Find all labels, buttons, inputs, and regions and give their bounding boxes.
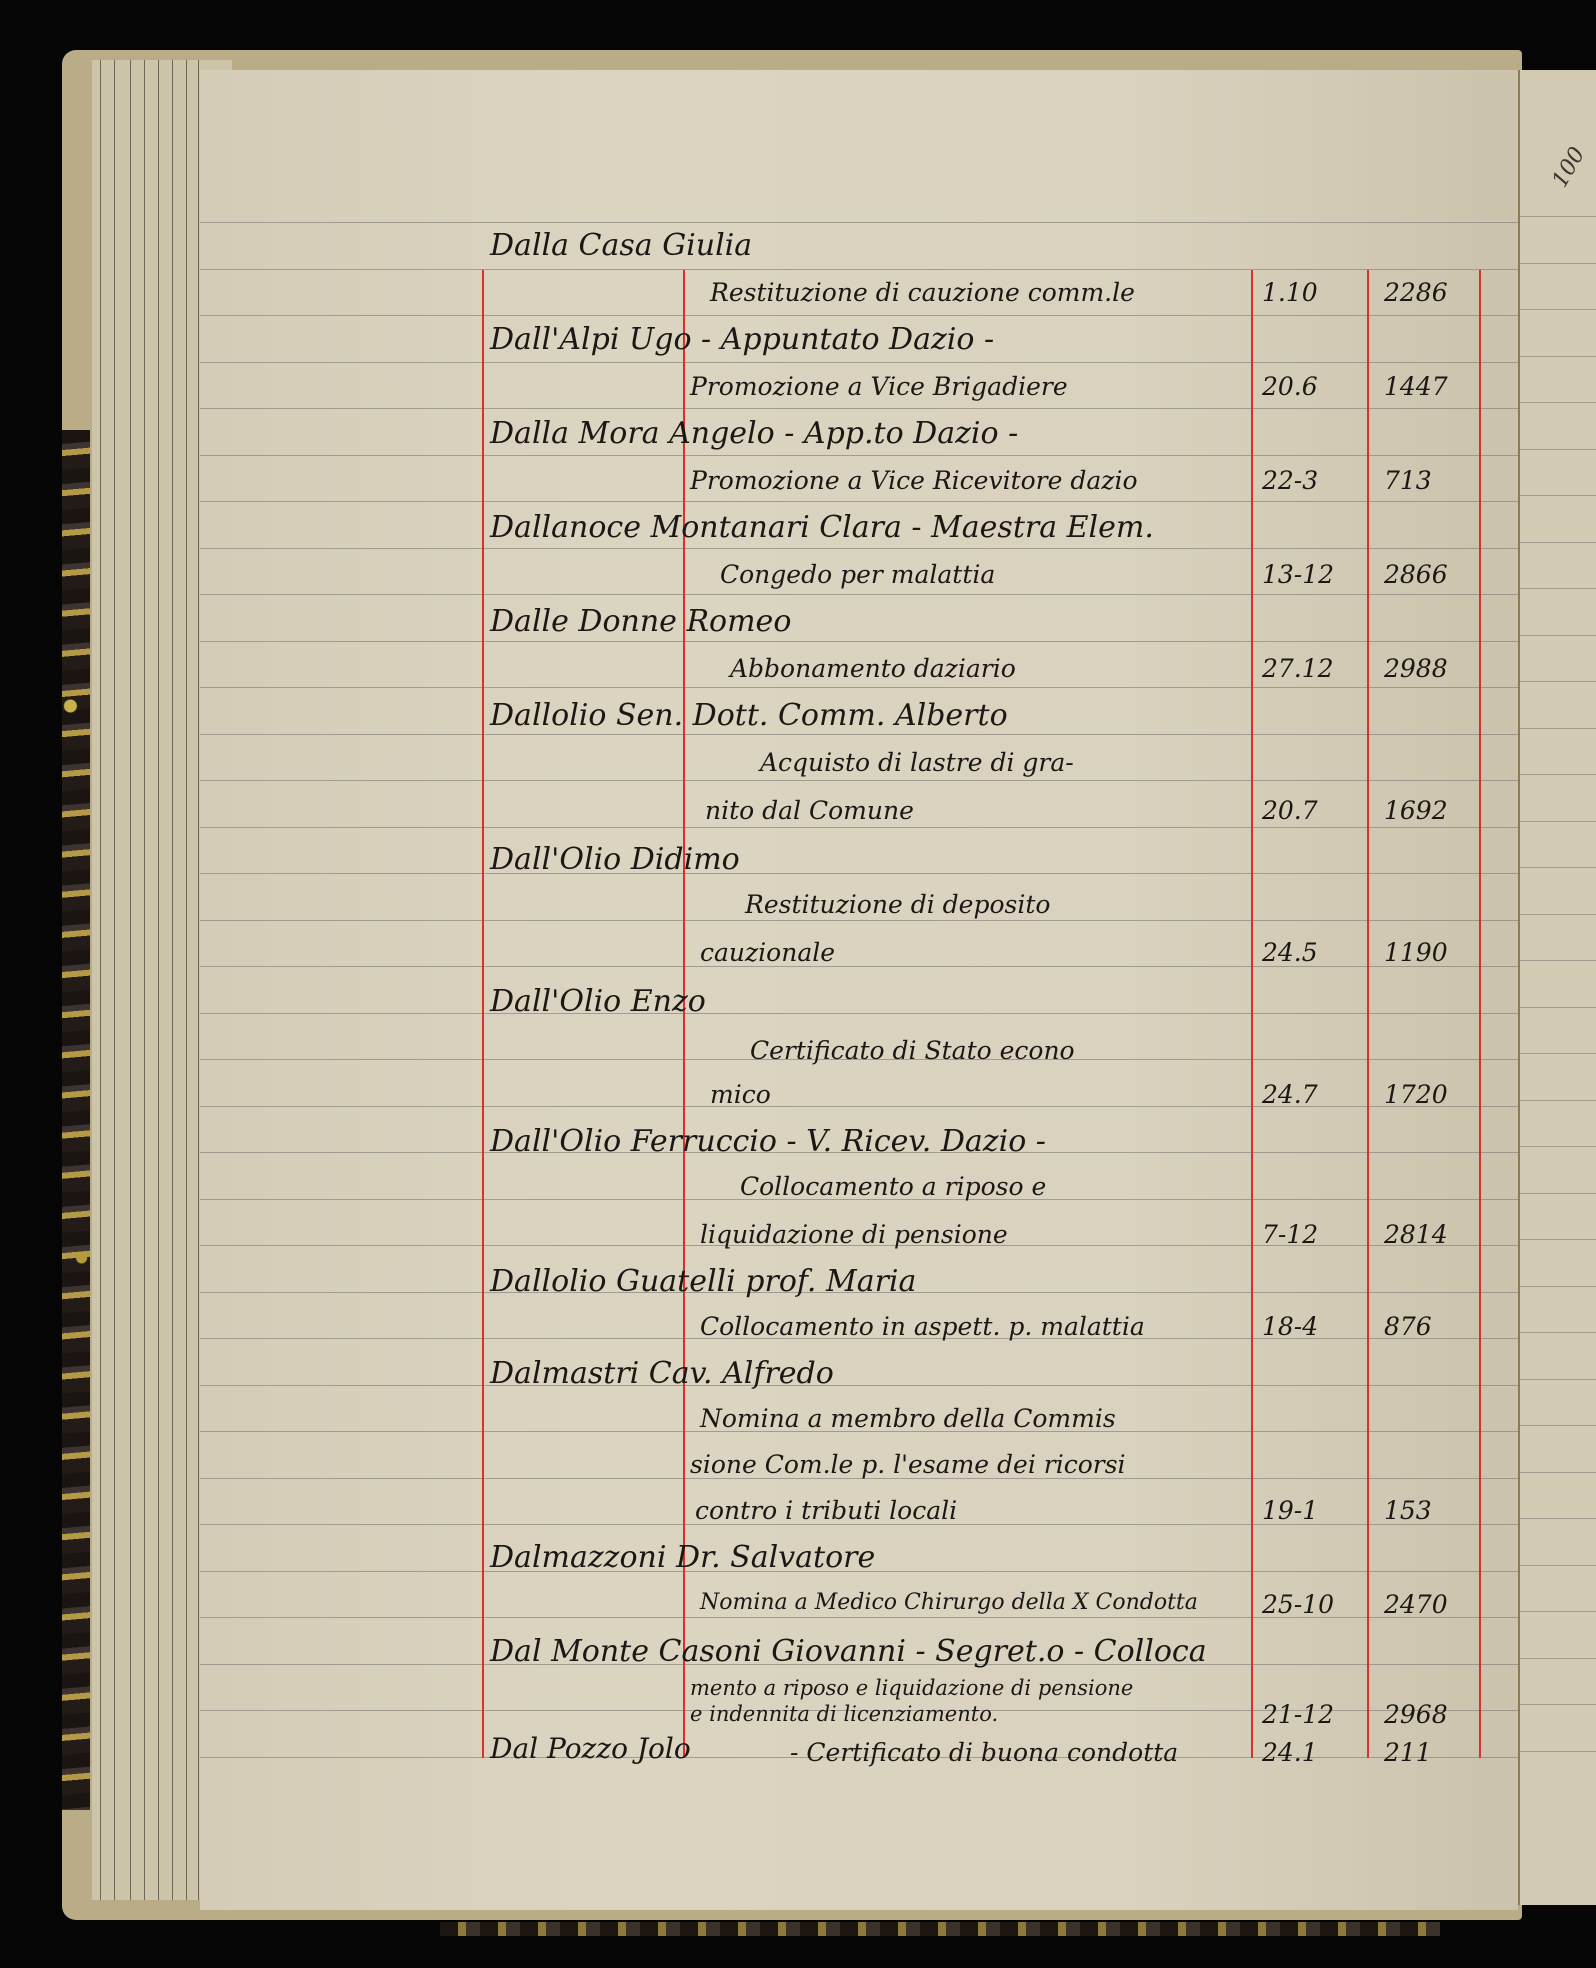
facing-page-ruled-line: [1520, 867, 1596, 868]
ruled-line: [200, 362, 1518, 363]
entry-description: Certificato di Stato econo: [750, 1036, 1075, 1065]
facing-page-ruled-line: [1520, 356, 1596, 357]
facing-page-ruled-line: [1520, 960, 1596, 961]
facing-page-ruled-line: [1520, 1332, 1596, 1333]
entry-description-cont: mico: [710, 1080, 771, 1109]
entry-description: Nomina a Medico Chirurgo della X Condott…: [700, 1590, 1198, 1615]
entry-date: 7-12: [1262, 1220, 1318, 1249]
entry-name: Dall'Olio Didimo: [490, 842, 740, 877]
entry-date: 18-4: [1262, 1312, 1318, 1341]
facing-page-ruled-line: [1520, 263, 1596, 264]
ruled-line: [200, 734, 1518, 735]
entry-description-cont: sione Com.le p. l'esame dei ricorsi: [690, 1450, 1126, 1479]
facing-page-ruled-line: [1520, 1565, 1596, 1566]
ruled-line: [200, 966, 1518, 967]
facing-page-ruled-line: [1520, 1286, 1596, 1287]
entry-name: Dall'Olio Ferruccio - V. Ricev. Dazio -: [490, 1124, 1046, 1159]
entry-number: 1190: [1384, 938, 1448, 967]
facing-page-ruled-line: [1520, 1704, 1596, 1705]
entry-name: Dalle Donne Romeo: [490, 604, 791, 639]
facing-page-ruled-line: [1520, 1611, 1596, 1612]
ruled-line: [200, 1013, 1518, 1014]
entry-description-cont: cauzionale: [700, 938, 835, 967]
entry-name: Dalmazzoni Dr. Salvatore: [490, 1540, 875, 1575]
facing-page-ruled-line: [1520, 1472, 1596, 1473]
entry-description: Collocamento a riposo e: [740, 1172, 1046, 1201]
entry-date: 20.7: [1262, 796, 1318, 825]
entry-number: 2968: [1384, 1700, 1448, 1729]
entry-number: 211: [1384, 1738, 1432, 1767]
entry-description: Restituzione di deposito: [745, 890, 1050, 919]
entry-number: 1692: [1384, 796, 1448, 825]
entry-name: Dallolio Guatelli prof. Maria: [490, 1264, 916, 1299]
entry-name: Dalla Mora Angelo - App.to Dazio -: [490, 416, 1018, 451]
ruled-line: [200, 594, 1518, 595]
facing-page-ruled-line: [1520, 588, 1596, 589]
facing-page-ruled-line: [1520, 681, 1596, 682]
facing-page-ruled-line: [1520, 774, 1596, 775]
facing-page-edge: [1518, 70, 1596, 1905]
entry-description-cont: contro i tributi locali: [695, 1496, 957, 1525]
facing-page-ruled-line: [1520, 402, 1596, 403]
entry-date: 24.1: [1262, 1738, 1318, 1767]
ruled-line: [200, 501, 1518, 502]
entry-description: Promozione a Vice Brigadiere: [690, 372, 1068, 401]
entry-date: 25-10: [1262, 1590, 1334, 1619]
facing-page-ruled-line: [1520, 1751, 1596, 1752]
marbled-cover-edge: [62, 430, 90, 1810]
ruled-line: [200, 408, 1518, 409]
facing-page-ruled-line: [1520, 542, 1596, 543]
entry-name: Dal Pozzo Jolo: [490, 1732, 691, 1765]
entry-number: 876: [1384, 1312, 1432, 1341]
facing-page-ruled-line: [1520, 1658, 1596, 1659]
ruled-line: [200, 455, 1518, 456]
facing-page-ruled-line: [1520, 216, 1596, 217]
entry-date: 21-12: [1262, 1700, 1334, 1729]
column-rule-date: [1367, 270, 1369, 1758]
facing-page-ruled-line: [1520, 728, 1596, 729]
column-rule-number: [1479, 270, 1481, 1758]
facing-page-ruled-line: [1520, 635, 1596, 636]
facing-page-ruled-line: [1520, 1007, 1596, 1008]
ruled-line: [200, 548, 1518, 549]
entry-name: Dallolio Sen. Dott. Comm. Alberto: [490, 698, 1008, 733]
entry-number: 153: [1384, 1496, 1432, 1525]
entry-description: - Certificato di buona condotta: [790, 1738, 1178, 1767]
facing-page-ruled-line: [1520, 914, 1596, 915]
ruled-line: [200, 827, 1518, 828]
entry-date: 13-12: [1262, 560, 1334, 589]
entry-description-cont: liquidazione di pensione: [700, 1220, 1008, 1249]
entry-date: 1.10: [1262, 278, 1318, 307]
ruled-line: [200, 873, 1518, 874]
entry-description: mento a riposo e liquidazione di pension…: [690, 1676, 1133, 1700]
column-rule-description: [1251, 270, 1253, 1758]
ruled-line: [200, 1106, 1518, 1107]
entry-number: 1447: [1384, 372, 1448, 401]
facing-page-ruled-line: [1520, 449, 1596, 450]
facing-page-ruled-line: [1520, 1100, 1596, 1101]
entry-date: 27.12: [1262, 654, 1334, 683]
entry-number: 2988: [1384, 654, 1448, 683]
entry-date: 24.7: [1262, 1080, 1318, 1109]
facing-page-ruled-line: [1520, 1425, 1596, 1426]
entry-description: Abbonamento daziario: [730, 654, 1016, 683]
facing-page-ruled-line: [1520, 1239, 1596, 1240]
facing-page-ruled-line: [1520, 1146, 1596, 1147]
facing-page-ruled-line: [1520, 1379, 1596, 1380]
ruled-line: [200, 920, 1518, 921]
ruled-line: [200, 641, 1518, 642]
entry-name: Dall'Alpi Ugo - Appuntato Dazio -: [490, 322, 994, 357]
entry-description: Promozione a Vice Ricevitore dazio: [690, 466, 1138, 495]
ruled-line: [200, 780, 1518, 781]
entry-number: 713: [1384, 466, 1432, 495]
entry-number: 1720: [1384, 1080, 1448, 1109]
entry-number: 2814: [1384, 1220, 1448, 1249]
entry-name: Dalmastri Cav. Alfredo: [490, 1356, 834, 1391]
entry-description: Restituzione di cauzione comm.le: [710, 278, 1135, 307]
ruled-line: [200, 687, 1518, 688]
facing-page-ruled-line: [1520, 1053, 1596, 1054]
entry-description: Acquisto di lastre di gra-: [760, 748, 1074, 777]
entry-date: 19-1: [1262, 1496, 1318, 1525]
ruled-line: [200, 269, 1518, 270]
entry-date: 24.5: [1262, 938, 1318, 967]
entry-number: 2470: [1384, 1590, 1448, 1619]
entry-name: Dalla Casa Giulia: [490, 228, 752, 263]
entry-name: Dal Monte Casoni Giovanni - Segret.o - C…: [490, 1634, 1207, 1669]
entry-description: Congedo per malattia: [720, 560, 995, 589]
facing-page-ruled-line: [1520, 495, 1596, 496]
entry-description-cont: nito dal Comune: [705, 796, 914, 825]
entry-number: 2866: [1384, 560, 1448, 589]
marbled-cover-bottom-edge: [440, 1922, 1440, 1936]
facing-page-ruled-line: [1520, 1518, 1596, 1519]
entry-description: Nomina a membro della Commis: [700, 1404, 1116, 1433]
column-rule-left-margin: [482, 270, 484, 1758]
facing-page-ruled-line: [1520, 821, 1596, 822]
entry-number: 2286: [1384, 278, 1448, 307]
ruled-line: [200, 315, 1518, 316]
entry-name: Dall'Olio Enzo: [490, 984, 706, 1019]
entry-date: 22-3: [1262, 466, 1318, 495]
facing-page-ruled-line: [1520, 1193, 1596, 1194]
entry-date: 20.6: [1262, 372, 1318, 401]
entry-description-cont: e indennita di licenziamento.: [690, 1702, 998, 1726]
entry-description: Collocamento in aspett. p. malattia: [700, 1312, 1145, 1341]
entry-name: Dallanoce Montanari Clara - Maestra Elem…: [490, 510, 1154, 545]
ruled-line: [200, 222, 1518, 223]
ruled-line: [200, 1385, 1518, 1386]
facing-page-ruled-line: [1520, 309, 1596, 310]
